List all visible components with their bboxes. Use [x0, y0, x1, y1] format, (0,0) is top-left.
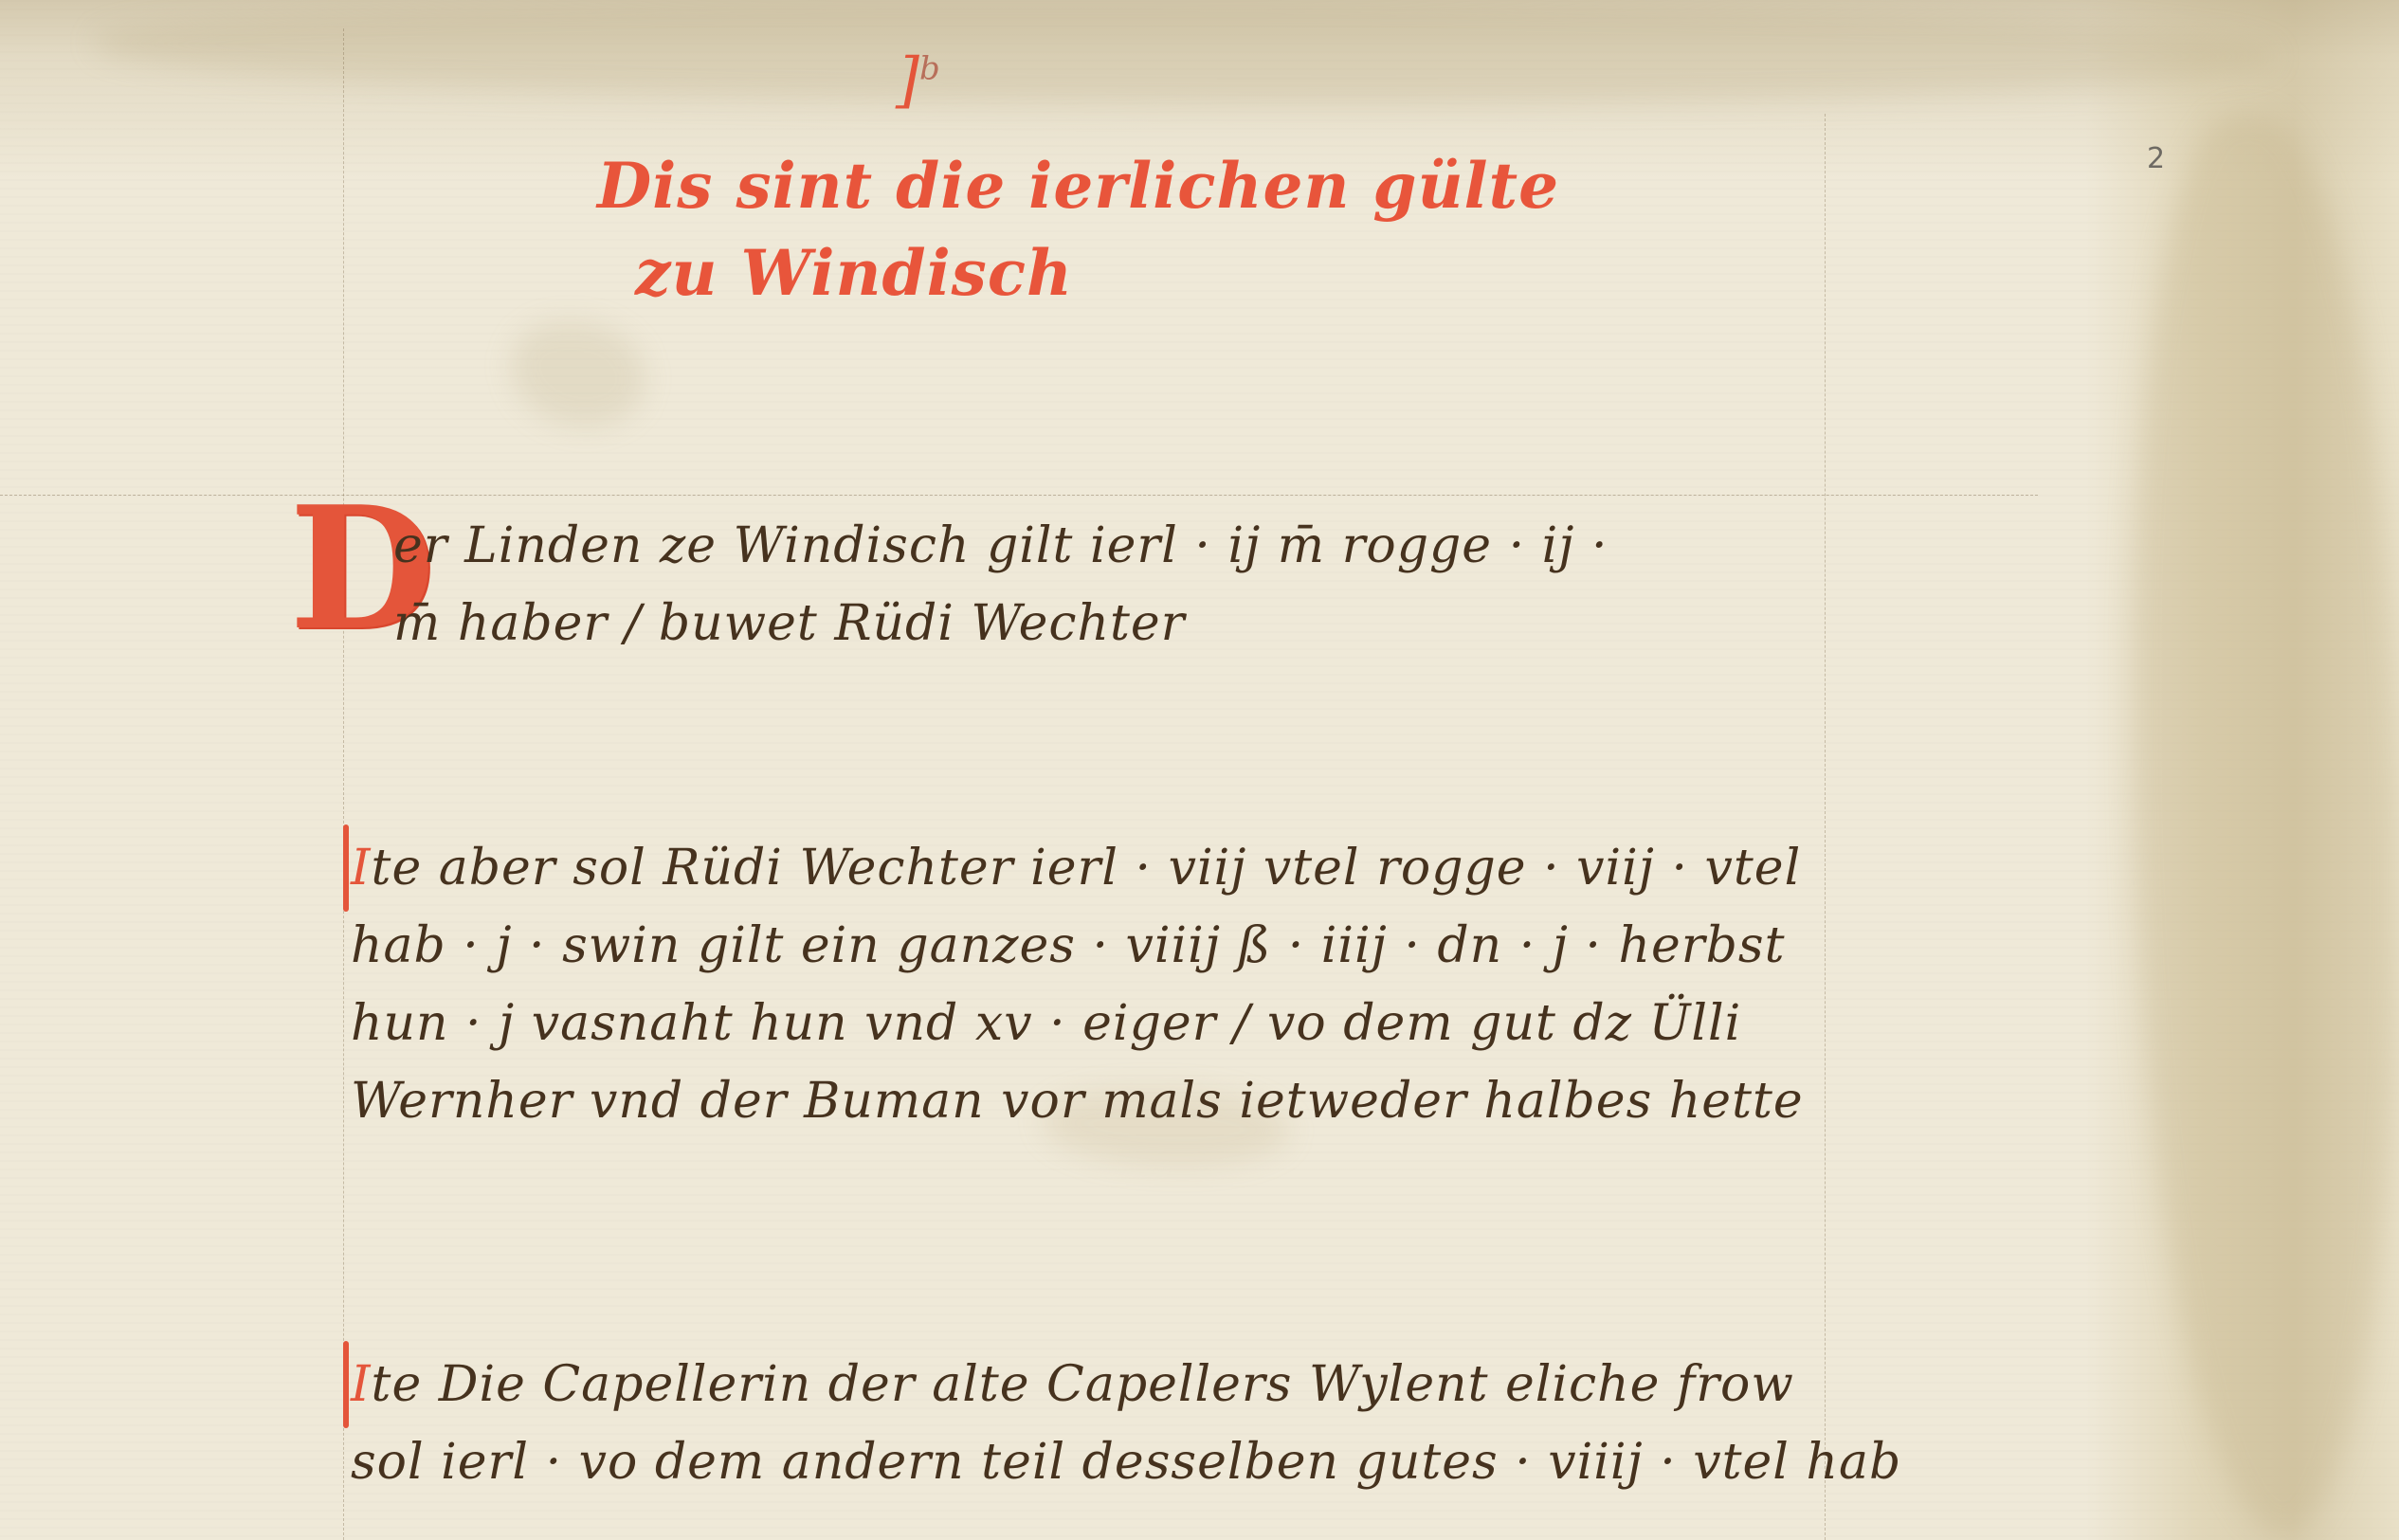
rubric-bracket: ]	[896, 45, 919, 116]
entry-3-line-1-text: te Die Capellerin der alte Capellers Wyl…	[372, 1356, 1794, 1413]
manuscript-page: 2 ]b Dis sint die ierlichen gülte zu Win…	[0, 0, 2399, 1540]
entry-1-line-2: m̄ haber / buwet Rüdi Wechter	[393, 585, 1910, 662]
heading-line-1: Dis sint die ierlichen gülte	[597, 142, 1559, 229]
entry-2-line-4: Wernher vnd der Buman vor mals ietweder …	[351, 1062, 1867, 1140]
entry-3: Ite Die Capellerin der alte Capellers Wy…	[351, 1346, 1867, 1501]
entry-2-line-1: Ite aber sol Rüdi Wechter ierl · viij vt…	[351, 829, 1867, 907]
paragraph-mark-red	[343, 1341, 349, 1428]
entry-2: Ite aber sol Rüdi Wechter ierl · viij vt…	[351, 829, 1867, 1140]
rubric-heading: Dis sint die ierlichen gülte zu Windisch	[597, 142, 1559, 317]
entry-3-initial: I	[351, 1356, 372, 1413]
entry-2-line-3: hun · j vasnaht hun vnd xv · eiger / vo …	[351, 985, 1867, 1062]
heading-line-2: zu Windisch	[597, 229, 1559, 317]
entry-2-line-1-text: te aber sol Rüdi Wechter ierl · viij vte…	[372, 840, 1802, 897]
entry-2-line-2: hab · j · swin gilt ein ganzes · viiij ß…	[351, 907, 1867, 985]
rubric-suffix: b	[919, 50, 940, 88]
ruling-left-margin	[343, 28, 344, 1540]
ruling-right-margin	[1825, 114, 1826, 1540]
entry-1-line-1: er Linden ze Windisch gilt ierl · ij m̄ …	[393, 507, 1910, 585]
water-stain-top	[95, 0, 2275, 104]
top-rubric-mark: ]b	[896, 45, 940, 116]
entry-3-line-1: Ite Die Capellerin der alte Capellers Wy…	[351, 1346, 1867, 1423]
water-stain-right	[2133, 114, 2398, 1535]
entry-1: er Linden ze Windisch gilt ierl · ij m̄ …	[393, 507, 1910, 662]
folio-number: 2	[2147, 142, 2165, 175]
entry-3-line-2: sol ierl · vo dem andern teil desselben …	[351, 1423, 1867, 1501]
stain-spot	[512, 322, 645, 426]
entry-2-initial: I	[351, 840, 372, 897]
paragraph-mark-red	[343, 824, 349, 912]
